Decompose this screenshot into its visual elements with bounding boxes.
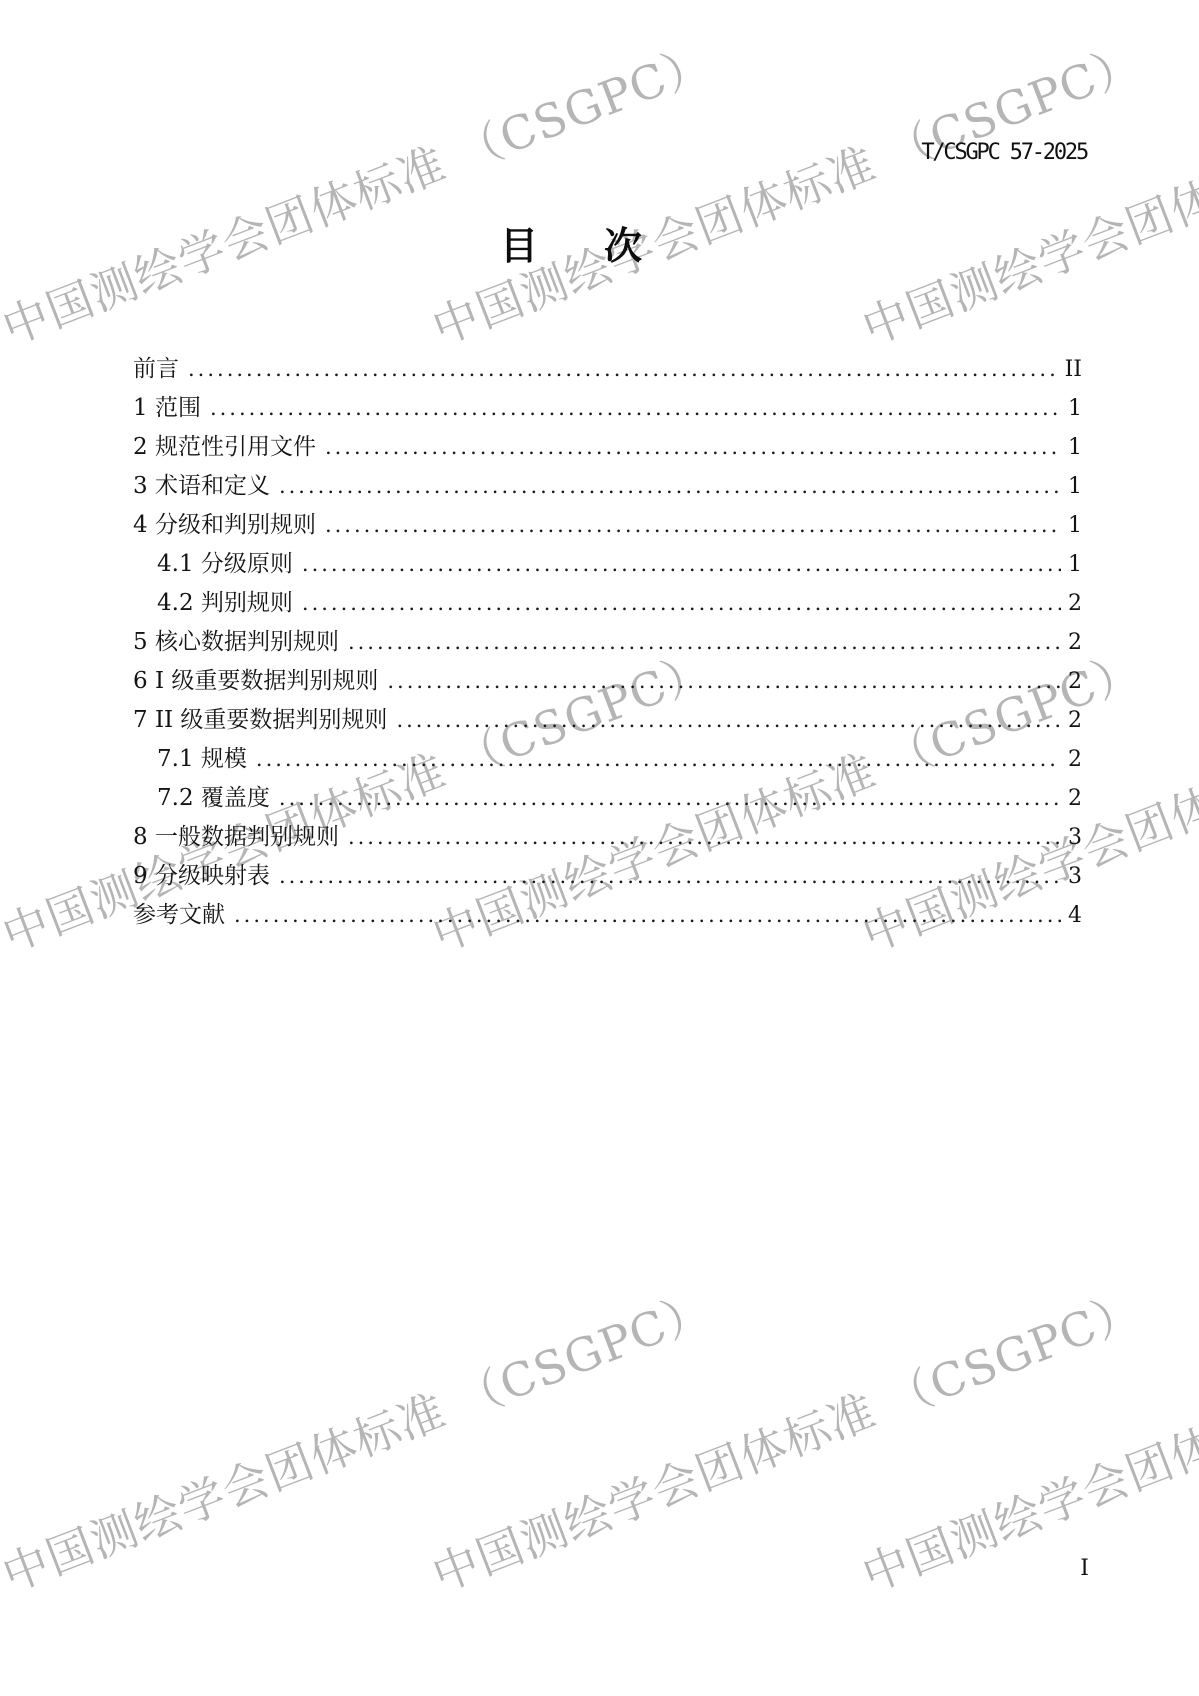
toc-dot-leader [348, 623, 1061, 662]
toc-dot-leader [210, 389, 1061, 428]
toc-dot-leader [256, 740, 1061, 779]
toc-page-number: 2 [1068, 740, 1082, 779]
toc-dot-leader [325, 506, 1061, 545]
toc-entry: 前言 II [133, 350, 1082, 389]
toc-page-number: 2 [1068, 623, 1082, 662]
toc-dot-leader [279, 857, 1061, 896]
toc-label: 6 I 级重要数据判别规则 [133, 662, 378, 701]
toc-entry: 参考文献 4 [133, 896, 1082, 935]
page-title: 目 次 [133, 224, 1023, 268]
toc-entry: 7.1 规模 2 [133, 740, 1082, 779]
toc-page-number: 1 [1068, 389, 1082, 428]
toc-dot-leader [396, 701, 1061, 740]
toc-entry: 6 I 级重要数据判别规则 2 [133, 662, 1082, 701]
toc-page-number: 2 [1068, 701, 1082, 740]
toc-label: 3 术语和定义 [133, 467, 270, 506]
toc-entry: 4.2 判别规则 2 [133, 584, 1082, 623]
footer-page-number: I [1080, 1556, 1089, 1581]
toc-page-number: 1 [1068, 545, 1082, 584]
toc-entry: 9 分级映射表 3 [133, 857, 1082, 896]
toc-dot-leader [302, 545, 1061, 584]
table-of-contents: 前言 II 1 范围 1 2 规范性引用文件 1 3 术语和定义 1 4 分级和… [133, 350, 1082, 935]
toc-page-number: 2 [1068, 584, 1082, 623]
toc-page-number: II [1065, 350, 1082, 389]
toc-dot-leader [234, 896, 1061, 935]
document-page: T/CSGPC 57-2025 目 次 前言 II 1 范围 1 2 规范性引用… [0, 0, 1199, 1696]
toc-label: 8 一般数据判别规则 [133, 818, 339, 857]
toc-entry: 7 II 级重要数据判别规则 2 [133, 701, 1082, 740]
toc-entry: 8 一般数据判别规则 3 [133, 818, 1082, 857]
toc-dot-leader [188, 350, 1058, 389]
toc-label: 5 核心数据判别规则 [133, 623, 339, 662]
toc-label: 4 分级和判别规则 [133, 506, 316, 545]
toc-page-number: 3 [1068, 818, 1082, 857]
toc-label: 7 II 级重要数据判别规则 [133, 701, 387, 740]
toc-label: 4.1 分级原则 [157, 545, 293, 584]
toc-entry: 1 范围 1 [133, 389, 1082, 428]
toc-page-number: 2 [1068, 779, 1082, 818]
toc-label: 7.2 覆盖度 [157, 779, 270, 818]
toc-dot-leader [279, 467, 1061, 506]
toc-page-number: 1 [1068, 428, 1082, 467]
toc-label: 4.2 判别规则 [157, 584, 293, 623]
toc-entry: 2 规范性引用文件 1 [133, 428, 1082, 467]
toc-entry: 7.2 覆盖度 2 [133, 779, 1082, 818]
toc-label: 7.1 规模 [157, 740, 247, 779]
toc-dot-leader [279, 779, 1061, 818]
toc-dot-leader [348, 818, 1061, 857]
standard-number: T/CSGPC 57-2025 [921, 140, 1087, 165]
toc-page-number: 3 [1068, 857, 1082, 896]
toc-page-number: 1 [1068, 506, 1082, 545]
toc-page-number: 2 [1068, 662, 1082, 701]
toc-label: 9 分级映射表 [133, 857, 270, 896]
toc-page-number: 1 [1068, 467, 1082, 506]
toc-label: 1 范围 [133, 389, 201, 428]
toc-page-number: 4 [1068, 896, 1082, 935]
toc-dot-leader [302, 584, 1061, 623]
toc-dot-leader [325, 428, 1061, 467]
toc-entry: 4 分级和判别规则 1 [133, 506, 1082, 545]
toc-entry: 3 术语和定义 1 [133, 467, 1082, 506]
toc-entry: 5 核心数据判别规则 2 [133, 623, 1082, 662]
toc-label: 前言 [133, 350, 179, 389]
toc-label: 参考文献 [133, 896, 225, 935]
toc-dot-leader [387, 662, 1061, 701]
toc-entry: 4.1 分级原则 1 [133, 545, 1082, 584]
toc-label: 2 规范性引用文件 [133, 428, 316, 467]
